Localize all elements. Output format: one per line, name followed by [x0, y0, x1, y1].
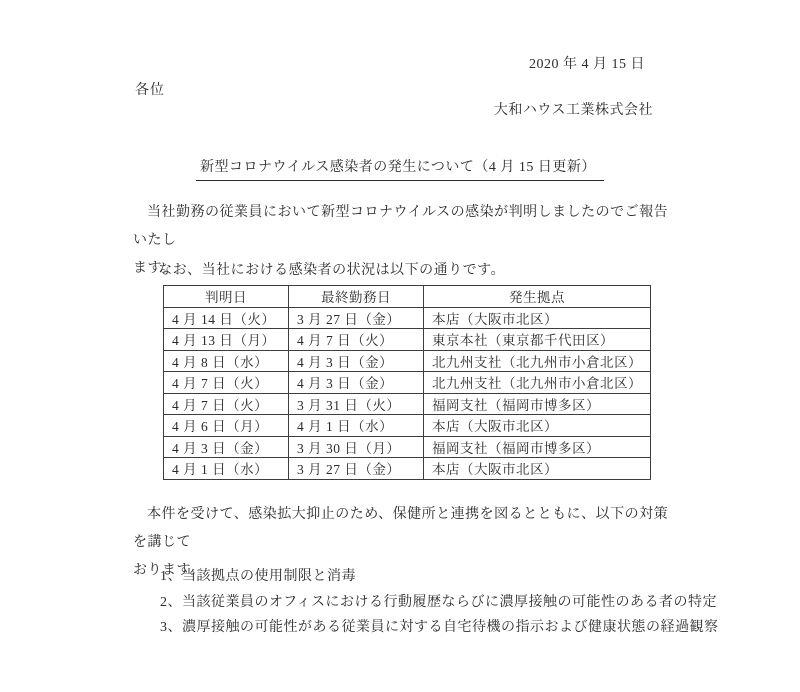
header-last-work-date: 最終勤務日 [289, 286, 424, 308]
salutation: 各位 [135, 79, 165, 99]
document-title: 新型コロナウイルス感染者の発生について（4 月 15 日更新） [196, 156, 604, 181]
location-cell: 北九州支社（北九州市小倉北区） [424, 350, 651, 372]
list-item: 3、濃厚接触の可能性がある従業員に対する自宅待機の指示および健康状態の経過観察 [160, 615, 719, 641]
intro-paragraph-line1: 当社勤務の従業員において新型コロナウイルスの感染が判明しましたのでご報告いたし [133, 199, 678, 255]
status-paragraph: なお、当社における感染者の状況は以下の通りです。 [133, 257, 678, 285]
list-item: 1、当該拠点の使用制限と消毒 [160, 564, 719, 590]
location-cell: 本店（大阪市北区） [424, 307, 651, 329]
judgment-date-cell: 4 月 13 日（月） [164, 329, 289, 351]
last-work-date-cell: 3 月 31 日（火） [289, 393, 424, 415]
measures-list: 1、当該拠点の使用制限と消毒 2、当該従業員のオフィスにおける行動履歴ならびに濃… [160, 564, 719, 641]
table-row: 4 月 8 日（水） 4 月 3 日（金） 北九州支社（北九州市小倉北区） [164, 350, 651, 372]
infection-cases-table: 判明日 最終勤務日 発生拠点 4 月 14 日（火） 3 月 27 日（金） 本… [163, 285, 651, 480]
judgment-date-cell: 4 月 1 日（水） [164, 458, 289, 480]
table-row: 4 月 3 日（金） 3 月 30 日（月） 福岡支社（福岡市博多区） [164, 436, 651, 458]
last-work-date-cell: 3 月 27 日（金） [289, 458, 424, 480]
last-work-date-cell: 3 月 30 日（月） [289, 436, 424, 458]
judgment-date-cell: 4 月 7 日（火） [164, 372, 289, 394]
location-cell: 北九州支社（北九州市小倉北区） [424, 372, 651, 394]
table-row: 4 月 6 日（月） 4 月 1 日（水） 本店（大阪市北区） [164, 415, 651, 437]
table-row: 4 月 1 日（水） 3 月 27 日（金） 本店（大阪市北区） [164, 458, 651, 480]
document-date: 2020 年 4 月 15 日 [529, 53, 645, 73]
location-cell: 福岡支社（福岡市博多区） [424, 436, 651, 458]
title-container: 新型コロナウイルス感染者の発生について（4 月 15 日更新） [0, 156, 800, 181]
last-work-date-cell: 4 月 3 日（金） [289, 372, 424, 394]
notice-document-page: 2020 年 4 月 15 日 各位 大和ハウス工業株式会社 新型コロナウイルス… [0, 0, 800, 692]
location-cell: 東京本社（東京都千代田区） [424, 329, 651, 351]
location-cell: 福岡支社（福岡市博多区） [424, 393, 651, 415]
table-row: 4 月 7 日（火） 3 月 31 日（火） 福岡支社（福岡市博多区） [164, 393, 651, 415]
company-name: 大和ハウス工業株式会社 [494, 99, 653, 119]
table-row: 4 月 7 日（火） 4 月 3 日（金） 北九州支社（北九州市小倉北区） [164, 372, 651, 394]
last-work-date-cell: 4 月 7 日（火） [289, 329, 424, 351]
judgment-date-cell: 4 月 7 日（火） [164, 393, 289, 415]
judgment-date-cell: 4 月 14 日（火） [164, 307, 289, 329]
judgment-date-cell: 4 月 6 日（月） [164, 415, 289, 437]
judgment-date-cell: 4 月 8 日（水） [164, 350, 289, 372]
header-location: 発生拠点 [424, 286, 651, 308]
location-cell: 本店（大阪市北区） [424, 415, 651, 437]
last-work-date-cell: 3 月 27 日（金） [289, 307, 424, 329]
last-work-date-cell: 4 月 1 日（水） [289, 415, 424, 437]
table-header-row: 判明日 最終勤務日 発生拠点 [164, 286, 651, 308]
list-item: 2、当該従業員のオフィスにおける行動履歴ならびに濃厚接触の可能性のある者の特定 [160, 590, 719, 616]
judgment-date-cell: 4 月 3 日（金） [164, 436, 289, 458]
location-cell: 本店（大阪市北区） [424, 458, 651, 480]
table-row: 4 月 14 日（火） 3 月 27 日（金） 本店（大阪市北区） [164, 307, 651, 329]
header-judgment-date: 判明日 [164, 286, 289, 308]
table-row: 4 月 13 日（月） 4 月 7 日（火） 東京本社（東京都千代田区） [164, 329, 651, 351]
measures-paragraph-line1: 本件を受けて、感染拡大抑止のため、保健所と連携を図るとともに、以下の対策を講じて [133, 501, 678, 557]
last-work-date-cell: 4 月 3 日（金） [289, 350, 424, 372]
